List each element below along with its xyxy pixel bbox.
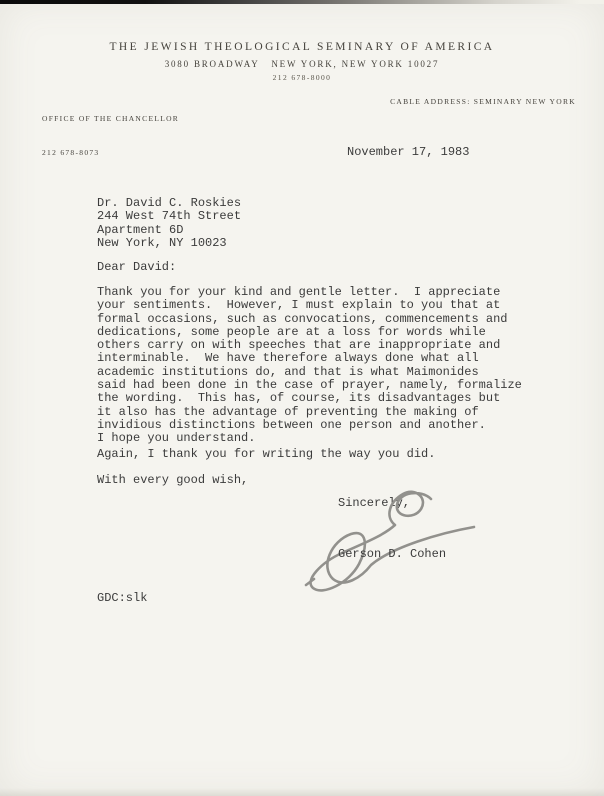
letterhead-organization: THE JEWISH THEOLOGICAL SEMINARY OF AMERI… — [0, 41, 604, 53]
signature-icon — [300, 486, 485, 598]
scan-bottom-edge-artifact — [0, 788, 604, 796]
letterhead-phone: 212 678-8000 — [0, 73, 604, 82]
text-line: Thank you for your kind and gentle lette… — [97, 286, 522, 299]
text-line: the wording. This has, of course, its di… — [97, 392, 522, 405]
body-paragraph-2: Again, I thank you for writing the way y… — [97, 448, 435, 461]
salutation: Dear David: — [97, 261, 176, 274]
body-paragraph-3: With every good wish, — [97, 474, 248, 487]
office-phone: 212 678-8073 — [42, 148, 179, 157]
text-line: interminable. We have therefore always d… — [97, 352, 522, 365]
text-line: Dr. David C. Roskies — [97, 197, 241, 210]
letter-date: November 17, 1983 — [347, 146, 469, 159]
text-line: invidious distinctions between one perso… — [97, 419, 522, 432]
office-title: OFFICE OF THE CHANCELLOR — [42, 114, 179, 123]
signer-name: Gerson D. Cohen — [338, 548, 446, 561]
text-line: Apartment 6D — [97, 224, 241, 237]
text-line: others carry on with speeches that are i… — [97, 339, 522, 352]
text-line: I hope you understand. — [97, 432, 522, 445]
letterhead-address: 3080 BROADWAY NEW YORK, NEW YORK 10027 — [0, 59, 604, 69]
cable-address: CABLE ADDRESS: SEMINARY NEW YORK — [390, 97, 576, 106]
body-paragraph-1: Thank you for your kind and gentle lette… — [97, 286, 522, 446]
text-line: your sentiments. However, I must explain… — [97, 299, 522, 312]
text-line: dedications, some people are at a loss f… — [97, 326, 522, 339]
letter-scan-page: THE JEWISH THEOLOGICAL SEMINARY OF AMERI… — [0, 0, 604, 796]
text-line: said had been done in the case of prayer… — [97, 379, 522, 392]
typist-initials: GDC:slk — [97, 592, 147, 605]
text-line: academic institutions do, and that is wh… — [97, 366, 522, 379]
scan-top-edge-artifact — [0, 0, 604, 4]
text-line: New York, NY 10023 — [97, 237, 241, 250]
text-line: formal occasions, such as convocations, … — [97, 313, 522, 326]
recipient-address-block: Dr. David C. Roskies244 West 74th Street… — [97, 197, 241, 250]
text-line: 244 West 74th Street — [97, 210, 241, 223]
office-of-chancellor-block: OFFICE OF THE CHANCELLOR 212 678-8073 — [42, 96, 179, 175]
text-line: it also has the advantage of preventing … — [97, 406, 522, 419]
